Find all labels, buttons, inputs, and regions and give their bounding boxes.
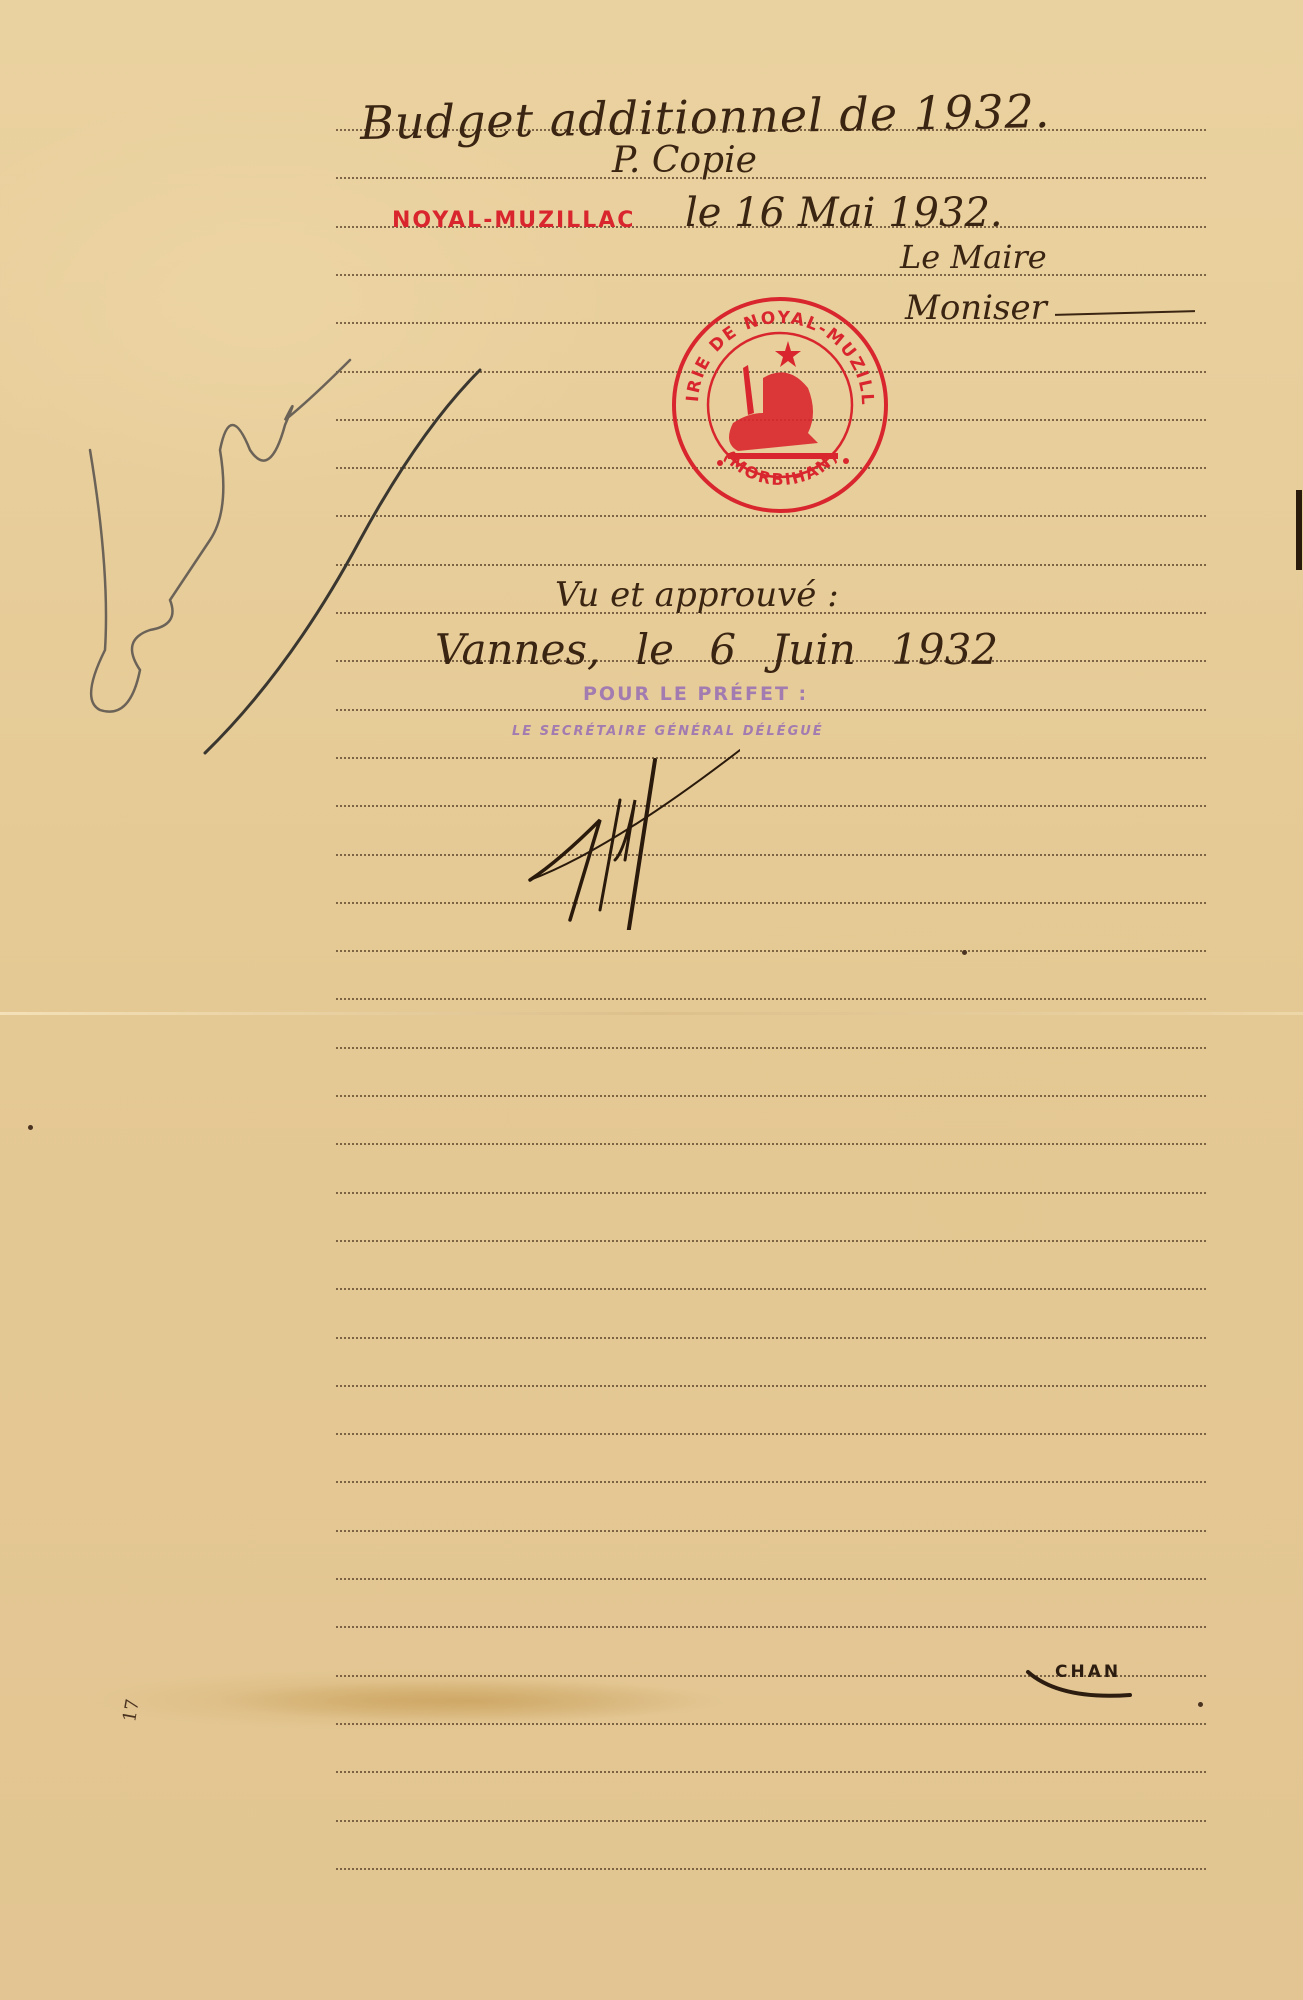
margin-mark: 17 [119, 1697, 144, 1723]
ruled-line [336, 1240, 1206, 1242]
edge-mark [1296, 490, 1302, 570]
ruled-line [336, 1288, 1206, 1290]
ink-speck [1198, 1702, 1203, 1707]
ruled-line [336, 854, 1206, 856]
ink-speck [962, 950, 967, 955]
ruled-line [336, 1771, 1206, 1773]
approval-line-1: Vu et approuvé : [555, 575, 839, 615]
paper-fold-crease [0, 1012, 1303, 1015]
handwritten-copy-note: P. Copie [612, 140, 757, 181]
handwritten-date: le 16 Mai 1932. [685, 190, 1003, 236]
ruled-line [336, 902, 1206, 904]
ruled-line [336, 1626, 1206, 1628]
prefect-initials-signature-icon [510, 740, 740, 930]
approval-line-2: Vannes, le 6 Juin 1932 [435, 625, 998, 674]
ruled-line [336, 177, 1206, 179]
ruled-line [336, 1433, 1206, 1435]
ruled-line [336, 1723, 1206, 1725]
ruled-line [336, 950, 1206, 952]
ruled-line [336, 1820, 1206, 1822]
ruled-line [336, 1481, 1206, 1483]
ruled-line [336, 998, 1206, 1000]
ruled-line [336, 1385, 1206, 1387]
ruled-line [336, 1192, 1206, 1194]
municipal-seal-icon: MAIRIE DE NOYAL-MUZILLAC (MORBIHAN) [668, 293, 893, 518]
mayor-signature: Moniser [905, 288, 1047, 328]
document-page: Budget additionnel de 1932. P. Copie NOY… [0, 0, 1303, 2000]
signature-flourish [1055, 310, 1195, 316]
signatory-role: Le Maire [900, 238, 1047, 276]
ruled-line [336, 274, 1206, 276]
municipality-stamp: NOYAL-MUZILLAC [392, 208, 635, 233]
ruled-line [336, 1047, 1206, 1049]
ruled-line [336, 1578, 1206, 1580]
ruled-line [336, 1143, 1206, 1145]
ink-speck [28, 1125, 33, 1130]
prefect-stamp-line1: POUR LE PRÉFET : [583, 683, 808, 705]
ruled-line [336, 1337, 1206, 1339]
pencil-annotation-icon: Double [60, 340, 510, 760]
ruled-line [336, 1095, 1206, 1097]
footer-stamp-text: CHAN [1055, 1662, 1121, 1682]
ruled-line [336, 1530, 1206, 1532]
ruled-line [336, 805, 1206, 807]
prefect-stamp-line2: LE SECRÉTAIRE GÉNÉRAL DÉLÉGUÉ [512, 724, 824, 739]
water-stain [210, 1680, 730, 1722]
ruled-line [336, 1868, 1206, 1870]
